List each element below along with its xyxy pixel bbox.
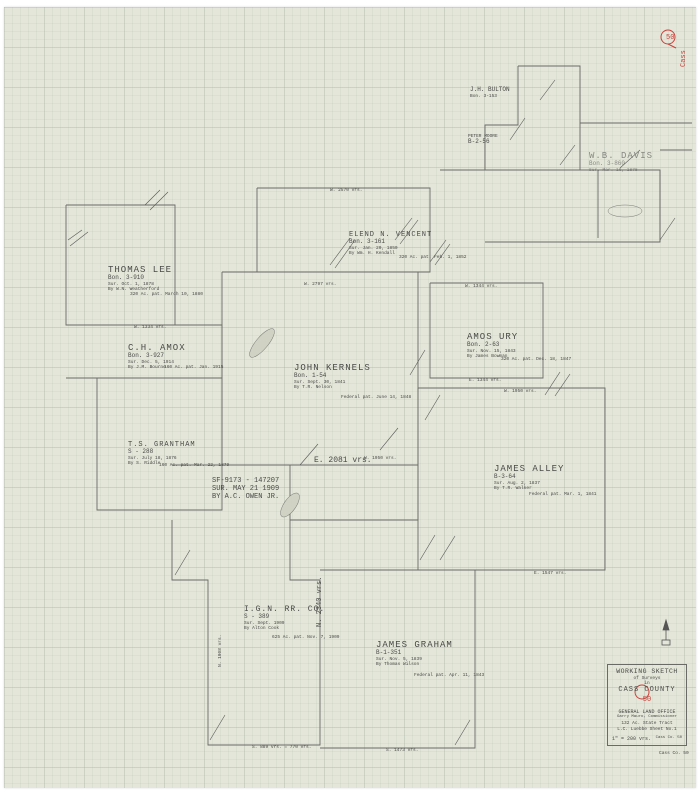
line-label-s1473: S. 1473 vrs.: [386, 748, 418, 753]
survey-james-graham: JAMES GRAHAM B-1-351 Sur. Nov. 5, 1839 B…: [376, 640, 453, 668]
survey-james-alley: JAMES ALLEY B-3-64 Sur. Aug. 2, 1837 By …: [494, 464, 564, 492]
survey-peter-moore: PETER MOORE B-2-56: [468, 134, 498, 146]
map-sheet: 50 Cass THOMAS LEE Bon. 3-910 Sur. Oct. …: [4, 7, 696, 788]
bottom-right-note: Cass Co. 50: [659, 751, 689, 756]
title-block: WORKING SKETCH of Surveys in CASS COUNTY…: [607, 664, 687, 746]
stamp-number: 50: [666, 34, 674, 42]
line-label-n1908: N. 1908 vrs.: [218, 635, 223, 667]
line-label-w1344: W. 1344 vrs.: [465, 284, 497, 289]
legend-sheet-note: Cass Co. 50: [656, 736, 682, 740]
line-label-n2340: N. 2340 vrs.: [316, 577, 324, 627]
line-label-e2081: E. 2081 vrs.: [314, 456, 372, 465]
line-label-s889: S. 889 vrs. = 770 vrs.: [252, 745, 311, 750]
legend-number: 50: [608, 696, 686, 704]
line-label-w1950: W. 1950 vrs.: [364, 456, 396, 461]
legend-county: CASS COUNTY: [608, 686, 686, 694]
line-label-e1344: E. 1344 vrs.: [469, 378, 501, 383]
legend-draftsman: L.C. Luebbe Sheet No.1: [608, 727, 686, 732]
line-label-e1547: E. 1547 vrs.: [534, 571, 566, 576]
line-label-w1334: W. 1334 vrs.: [134, 325, 166, 330]
survey-jh-bulton: J.H. BULTON Bon. 3-153: [470, 87, 510, 99]
survey-ign-rr-co: I.G.N. RR. CO. S - 389 Sur. Sept. 1909 B…: [244, 605, 325, 631]
line-label-w2570: W. 2570 vrs.: [330, 188, 362, 193]
survey-elend-vencent: ELEND N. VENCENT Bon. 3-161 Sur. Jan. 20…: [349, 231, 432, 256]
legend-scale: 1" = 200 vrs.: [612, 736, 651, 742]
legend-address: 132 Ac. State Tract: [608, 721, 686, 726]
stamp-county: Cass: [680, 50, 688, 67]
legend-line1: WORKING SKETCH: [608, 668, 686, 675]
line-label-w2797: W. 2797 vrs.: [304, 282, 336, 287]
survey-amos-ury: AMOS URY Bon. 2-63 Sur. Nov. 15, 1843 By…: [467, 332, 518, 360]
survey-john-kernels: JOHN KERNELS Bon. 1-54 Sur. Sept. 30, 18…: [294, 363, 371, 391]
legend-commissioner: Garry Mauro, Commissioner: [608, 715, 686, 719]
line-label-w1950b: W. 1950 vrs.: [504, 389, 536, 394]
survey-wb-davis: W.B. DAVIS Bon. 3-860 Sur. Mar. 16, 1878: [589, 151, 653, 173]
survey-thomas-lee: THOMAS LEE Bon. 3-910 Sur. Oct. 1, 1878 …: [108, 265, 172, 293]
survey-sf-9173: SF-9173 - 147207 SUR. MAY 21 1909 BY A.C…: [212, 477, 279, 501]
